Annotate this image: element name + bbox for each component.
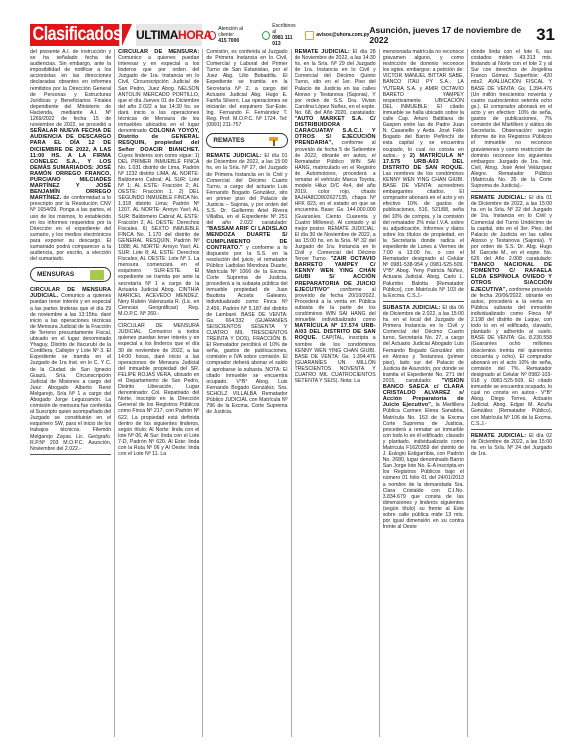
divider: [471, 191, 552, 192]
contact-whatsapp: Escríbinos al0981 111 013: [262, 23, 299, 47]
whatsapp-icon: [262, 31, 270, 40]
section-title: Clasificados: [30, 24, 119, 46]
remates-section-header: REMATES: [206, 133, 287, 148]
map-icon: [90, 270, 104, 280]
divider: [383, 301, 464, 302]
issue-date: Asunción, jueves 17 de noviembre de 2022: [369, 25, 526, 45]
page-number: 31: [536, 25, 555, 45]
page-header: Clasificados ULTIMAHORA Atención al clie…: [30, 24, 555, 46]
mensuras-section-header: MENSURAS: [30, 267, 111, 282]
column-6: donde linda con el lote 6, sus costados …: [471, 49, 555, 737]
divider: [118, 319, 199, 320]
contact-email: avisos@uhora.com.py: [305, 31, 369, 40]
column-3: Comisión, es conferida al Juzgado de Pri…: [206, 49, 291, 737]
divider: [30, 454, 111, 455]
classifieds-columns: del presente A.I. de instrucción y se ha…: [30, 49, 555, 737]
phone-icon: [208, 31, 216, 40]
gavel-icon: [267, 136, 281, 146]
column-4: REMATE JUDICIAL: El día 28 de Noviembre …: [295, 49, 380, 737]
column-5: mencionada matrícula no reconoce gravame…: [383, 49, 468, 737]
section-banner: Clasificados: [30, 24, 122, 46]
column-1: del presente A.I. de instrucción y se ha…: [30, 49, 115, 737]
email-icon: [305, 31, 314, 40]
divider: [471, 429, 552, 430]
contact-phone: Atención al cliente:415 7000: [208, 26, 256, 44]
column-2: CIRCULAR DE MENSURA: Comunico a quienes …: [118, 49, 203, 737]
newspaper-logo: ULTIMAHORA: [136, 24, 202, 46]
